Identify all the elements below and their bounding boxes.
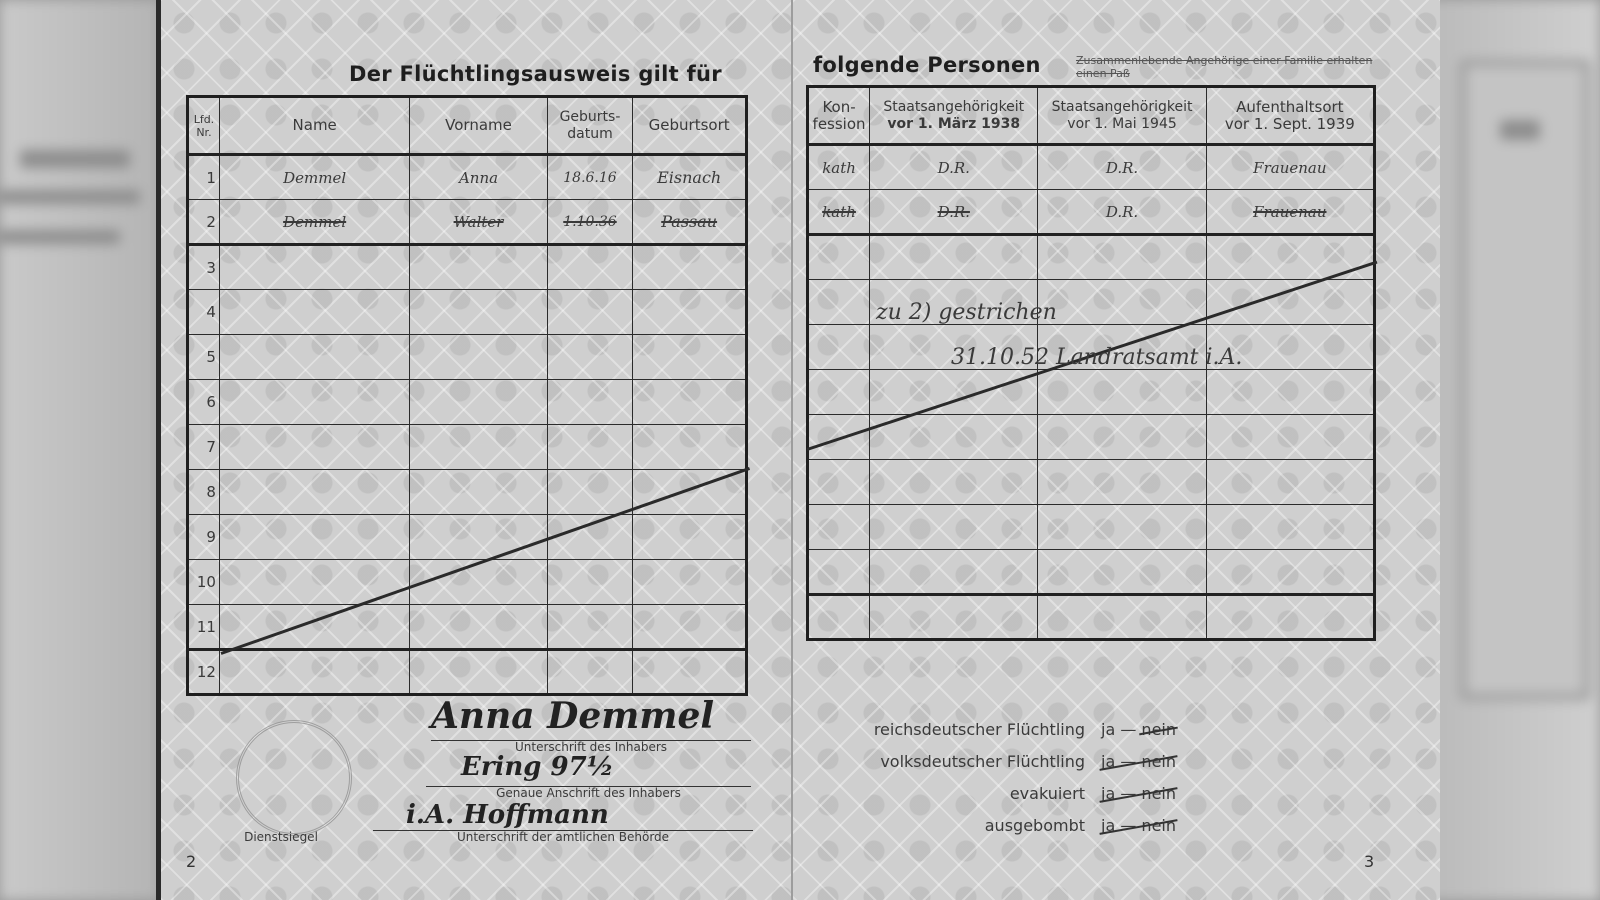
table-row: 9 (188, 515, 747, 560)
right-page-title: folgende Personen (813, 53, 1041, 77)
status-volksdeutsch: volksdeutscher Flüchtling ja — nein (861, 752, 1191, 771)
table-row (808, 235, 1375, 280)
status-ausgebombt: ausgebombt ja — nein (861, 816, 1191, 835)
official-seal-stamp (236, 720, 352, 836)
handwritten-note-line1: zu 2) gestrichen (876, 300, 1057, 325)
blurred-background-left (0, 0, 160, 900)
row-number: 2 (188, 200, 220, 245)
row-number: 8 (188, 470, 220, 515)
staat-1938-cell: D.R. (870, 190, 1038, 235)
persons-table-left: Lfd. Nr. Name Vorname Geburts-datum Gebu… (186, 95, 748, 696)
table-row: kath D.R. D.R. Frauenau (808, 190, 1375, 235)
col-staat-1945: Staatsangehörigkeitvor 1. Mai 1945 (1038, 87, 1206, 145)
konfession-cell: kath (808, 145, 870, 190)
col-konfession: Kon-fession (808, 87, 870, 145)
table-row: 1 Demmel Anna 18.6.16 Eisnach (188, 155, 747, 200)
konfession-cell: kath (808, 190, 870, 235)
status-label: reichsdeutscher Flüchtling (874, 720, 1085, 739)
col-staat-1938: Staatsangehörigkeitvor 1. März 1938 (870, 87, 1038, 145)
status-answer: ja — nein (1101, 720, 1191, 739)
aufenthalt-cell: Frauenau (1206, 190, 1374, 235)
table-row: 4 (188, 290, 747, 335)
row-number: 6 (188, 380, 220, 425)
table-row: 8 (188, 470, 747, 515)
table-row: 7 (188, 425, 747, 470)
col-name: Name (219, 97, 410, 155)
table-row (808, 550, 1375, 595)
table-row: kath D.R. D.R. Frauenau (808, 145, 1375, 190)
row-number: 4 (188, 290, 220, 335)
passport-spread: Der Flüchtlingsausweis gilt für Lfd. Nr.… (156, 0, 1440, 900)
table-row: 11 (188, 605, 747, 650)
seal-caption: Dienstsiegel (231, 830, 331, 844)
page-number-right: 3 (1364, 852, 1374, 871)
staat-1945-cell: D.R. (1038, 145, 1206, 190)
row-number: 11 (188, 605, 220, 650)
status-evakuiert: evakuiert ja — nein (861, 784, 1191, 803)
staat-1938-cell: D.R. (870, 145, 1038, 190)
aufenthalt-cell: Frauenau (1206, 145, 1374, 190)
row-number: 5 (188, 335, 220, 380)
staat-1945-cell: D.R. (1038, 190, 1206, 235)
row-number: 7 (188, 425, 220, 470)
status-reichsdeutsch: reichsdeutscher Flüchtling ja — nein (861, 720, 1191, 739)
status-label: ausgebombt (985, 816, 1085, 835)
vorname-cell: Anna (410, 155, 547, 200)
table-row: 3 (188, 245, 747, 290)
col-aufenthaltsort: Aufenthaltsortvor 1. Sept. 1939 (1206, 87, 1374, 145)
status-answer: ja — nein (1101, 752, 1191, 771)
row-number: 12 (188, 650, 220, 695)
name-cell: Demmel (219, 200, 410, 245)
col-vorname: Vorname (410, 97, 547, 155)
table-row (808, 460, 1375, 505)
left-page-title: Der Flüchtlingsausweis gilt für (349, 62, 722, 86)
table-row (808, 595, 1375, 640)
row-number: 9 (188, 515, 220, 560)
table-row: 12 (188, 650, 747, 695)
geburtsdatum-cell: 1.10.36 (547, 200, 633, 245)
geburtsort-cell: Eisnach (633, 155, 747, 200)
holder-signature: Anna Demmel (431, 695, 714, 737)
handwritten-note-line2: 31.10.52 Landratsamt i.A. (951, 345, 1242, 370)
col-geburtsdatum: Geburts-datum (547, 97, 633, 155)
table-row: 2 Demmel Walter 1.10.36 Passau (188, 200, 747, 245)
name-cell: Demmel (219, 155, 410, 200)
authority-signature-caption: Unterschrift der amtlichen Behörde (373, 830, 753, 844)
row-number: 1 (188, 155, 220, 200)
vorname-cell: Walter (410, 200, 547, 245)
row-number: 3 (188, 245, 220, 290)
struck-note: Zusammenlebende Angehörige einer Familie… (1076, 54, 1381, 80)
status-answer: ja — nein (1101, 784, 1191, 803)
table-row (808, 370, 1375, 415)
table-row: 6 (188, 380, 747, 425)
authority-signature: i.A. Hoffmann (406, 800, 609, 830)
row-number: 10 (188, 560, 220, 605)
geburtsdatum-cell: 18.6.16 (547, 155, 633, 200)
status-label: evakuiert (1010, 784, 1085, 803)
table-row (808, 505, 1375, 550)
col-geburtsort: Geburtsort (633, 97, 747, 155)
col-lfd-nr: Lfd. Nr. (188, 97, 220, 155)
page-number-left: 2 (186, 852, 196, 871)
status-label: volksdeutscher Flüchtling (880, 752, 1085, 771)
book-spine (791, 0, 793, 900)
status-answer: ja — nein (1101, 816, 1191, 835)
geburtsort-cell: Passau (633, 200, 747, 245)
table-row: 5 (188, 335, 747, 380)
address-caption: Genaue Anschrift des Inhabers (426, 786, 751, 800)
holder-address: Ering 97½ (461, 752, 614, 782)
